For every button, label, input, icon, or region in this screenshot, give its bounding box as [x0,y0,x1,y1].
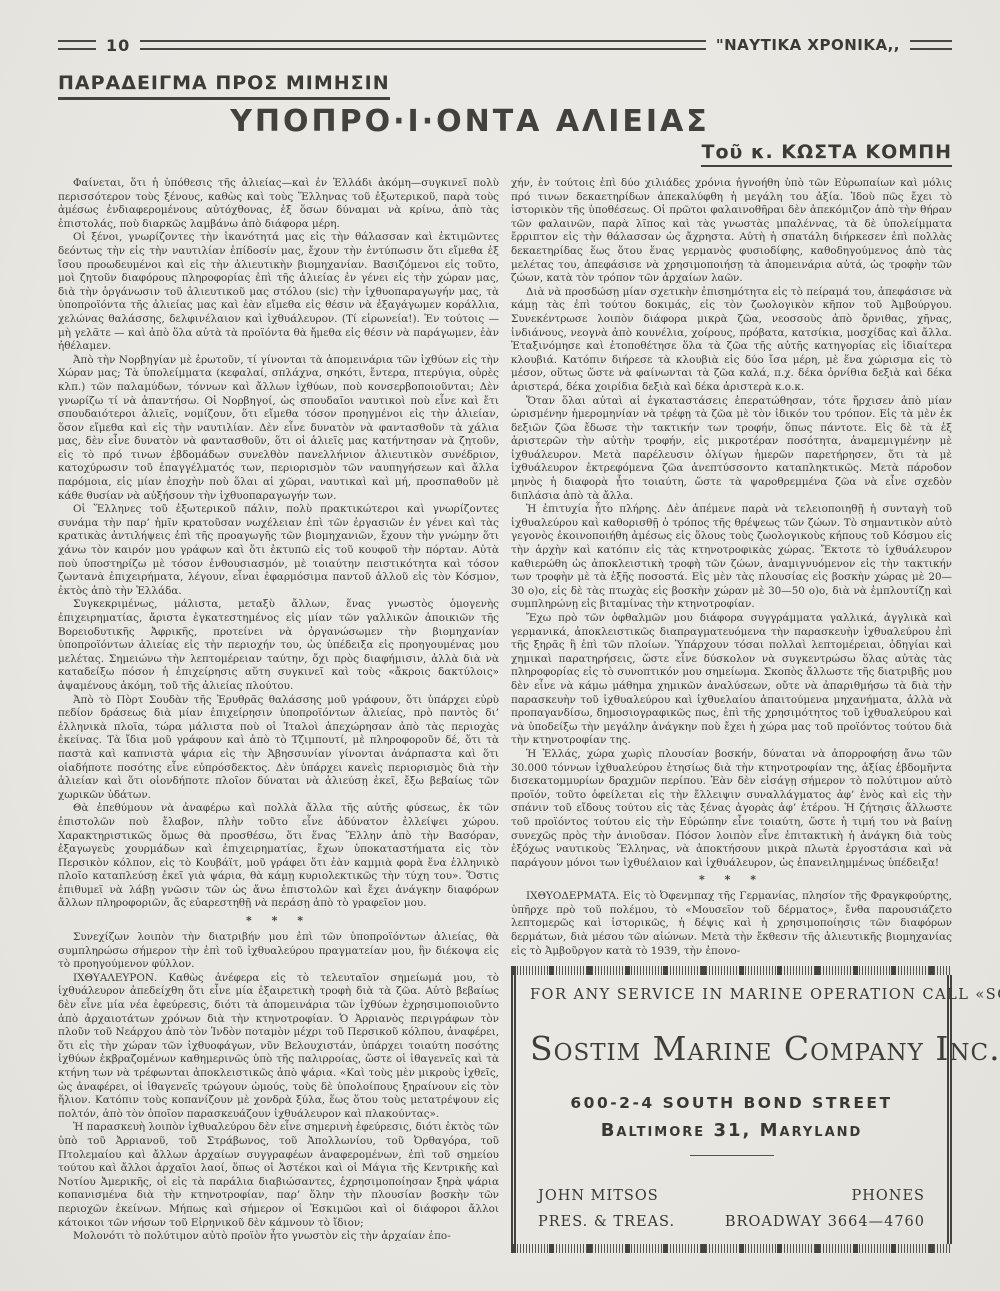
paragraph: Ὅταν ὅλαι αὐταὶ αἱ ἐγκαταστάσεις ἐπερατώ… [511,395,952,504]
section-separator: * * * [511,870,952,890]
paragraph: Διὰ νὰ προσδώσῃ μίαν σχετικὴν ἐπισημότητ… [511,286,952,395]
paragraph: Θὰ ἐπεθύμουν νὰ ἀναφέρω καὶ πολλὰ ἄλλα τ… [58,802,499,911]
ad-address-city: Baltimore 31, Maryland [530,1120,933,1141]
ad-contact-title: PRES. & TREAS. [538,1214,675,1230]
paragraph-ichthyaleuron: ΙΧΘΥΑΛΕΥΡΟΝ. Καθὼς ἀνέφερα εἰς τὸ τελευτ… [58,972,499,1122]
running-head: 10 "ΝΑΥΤΙΚΑ ΧΡΟΝΙΚΑ,, [58,34,952,56]
magazine-page: 10 "ΝΑΥΤΙΚΑ ΧΡΟΝΙΚΑ,, ΠΑΡΑΔΕΙΓΜΑ ΠΡΟΣ ΜΙ… [0,0,1000,1291]
paragraph: Ἡ ἐπιτυχία ἦτο πλήρης. Δὲν ἀπέμενε παρὰ … [511,503,952,612]
paragraph: Φαίνεται, ὅτι ἡ ὑπόθεσις τῆς ἁλιείας—καὶ… [58,177,499,231]
header-rule-right [910,40,952,50]
ad-contact-name: JOHN MITSOS [538,1188,675,1204]
paragraph: Μολονότι τὸ πολύτιμον αὐτὸ προϊὸν ἦτο γν… [58,1230,499,1244]
left-column: Φαίνεται, ὅτι ἡ ὑπόθεσις τῆς ἁλιείας—καὶ… [58,177,499,1253]
page-number: 10 [106,36,130,55]
ad-divider [690,1155,774,1156]
ad-frame: FOR ANY SERVICE IN MARINE OPERATION CALL… [511,975,952,1244]
paragraph: Οἱ ξένοι, γνωρίζοντες τὴν ἱκανότητά μας … [58,231,499,353]
paragraph: Ἀπὸ τὸ Πὸρτ Σουδὰν τῆς Ἐρυθρᾶς θαλάσσης … [58,694,499,803]
ad-company-name: Sostim Marine Company Inc. [530,1029,933,1068]
paragraph-ichthyodermata: ΙΧΘΥΟΔΕΡΜΑΤΑ. Εἰς τὸ Ὀφενμπαχ τῆς Γερμαν… [511,890,952,958]
byline: Τοῦ κ. ΚΩΣΤΑ ΚΟΜΠΗ [701,141,952,167]
header-rule-left [58,40,96,50]
paragraph: χήν, ἐν τούτοις ἐπὶ δύο χιλιάδες χρόνια … [511,177,952,286]
ad-phones-label: PHONES [725,1188,925,1204]
sostim-advertisement: FOR ANY SERVICE IN MARINE OPERATION CALL… [511,966,952,1253]
section-separator: * * * [58,911,499,931]
ad-tagline: FOR ANY SERVICE IN MARINE OPERATION CALL… [530,987,933,1003]
article-title: ΥΠΟΠΡΟ·Ι·ΟΝΤΑ ΑΛΙΕΙΑΣ [23,104,917,139]
paragraph: Συνεχίζων λοιπὸν τὴν διατριβήν μου ἐπὶ τ… [58,931,499,972]
ad-contact-block: JOHN MITSOS PRES. & TREAS. [538,1178,675,1230]
ad-footer: JOHN MITSOS PRES. & TREAS. PHONES BROADW… [530,1178,933,1234]
paragraph: Ἡ παρασκευὴ λοιπὸν ἰχθυαλεύρου δὲν εἶνε … [58,1121,499,1230]
paragraph: Συγκεκριμένως, μάλιστα, μεταξὺ ἄλλων, ἕν… [58,598,499,693]
article-body: Φαίνεται, ὅτι ἡ ὑπόθεσις τῆς ἁλιείας—καὶ… [58,177,952,1253]
ad-border-top [511,966,952,975]
masthead-title: "ΝΑΥΤΙΚΑ ΧΡΟΝΙΚΑ,, [716,36,900,54]
ad-border-bottom [511,1244,952,1253]
paragraph: Ἡ Ἑλλάς, χώρα χωρὶς πλουσίαν βοσκήν, δύν… [511,748,952,870]
paragraph: Ἔχω πρὸ τῶν ὀφθαλμῶν μου διάφορα συγγράμ… [511,612,952,748]
ad-phone-number: BROADWAY 3664—4760 [725,1214,925,1230]
paragraph: Οἱ Ἕλληνες τοῦ ἐξωτερικοῦ πάλιν, πολὺ πρ… [58,503,499,598]
right-column: χήν, ἐν τούτοις ἐπὶ δύο χιλιάδες χρόνια … [511,177,952,1253]
header-rule-center [140,40,706,50]
ad-address-street: 600-2-4 SOUTH BOND STREET [530,1094,933,1112]
kicker: ΠΑΡΑΔΕΙΓΜΑ ΠΡΟΣ ΜΙΜΗΣΙΝ [58,72,390,100]
ad-phones-block: PHONES BROADWAY 3664—4760 [725,1178,925,1230]
paragraph: Ἀπὸ τὴν Νορβηγίαν μὲ ἐρωτοῦν, τί γίνοντα… [58,354,499,504]
